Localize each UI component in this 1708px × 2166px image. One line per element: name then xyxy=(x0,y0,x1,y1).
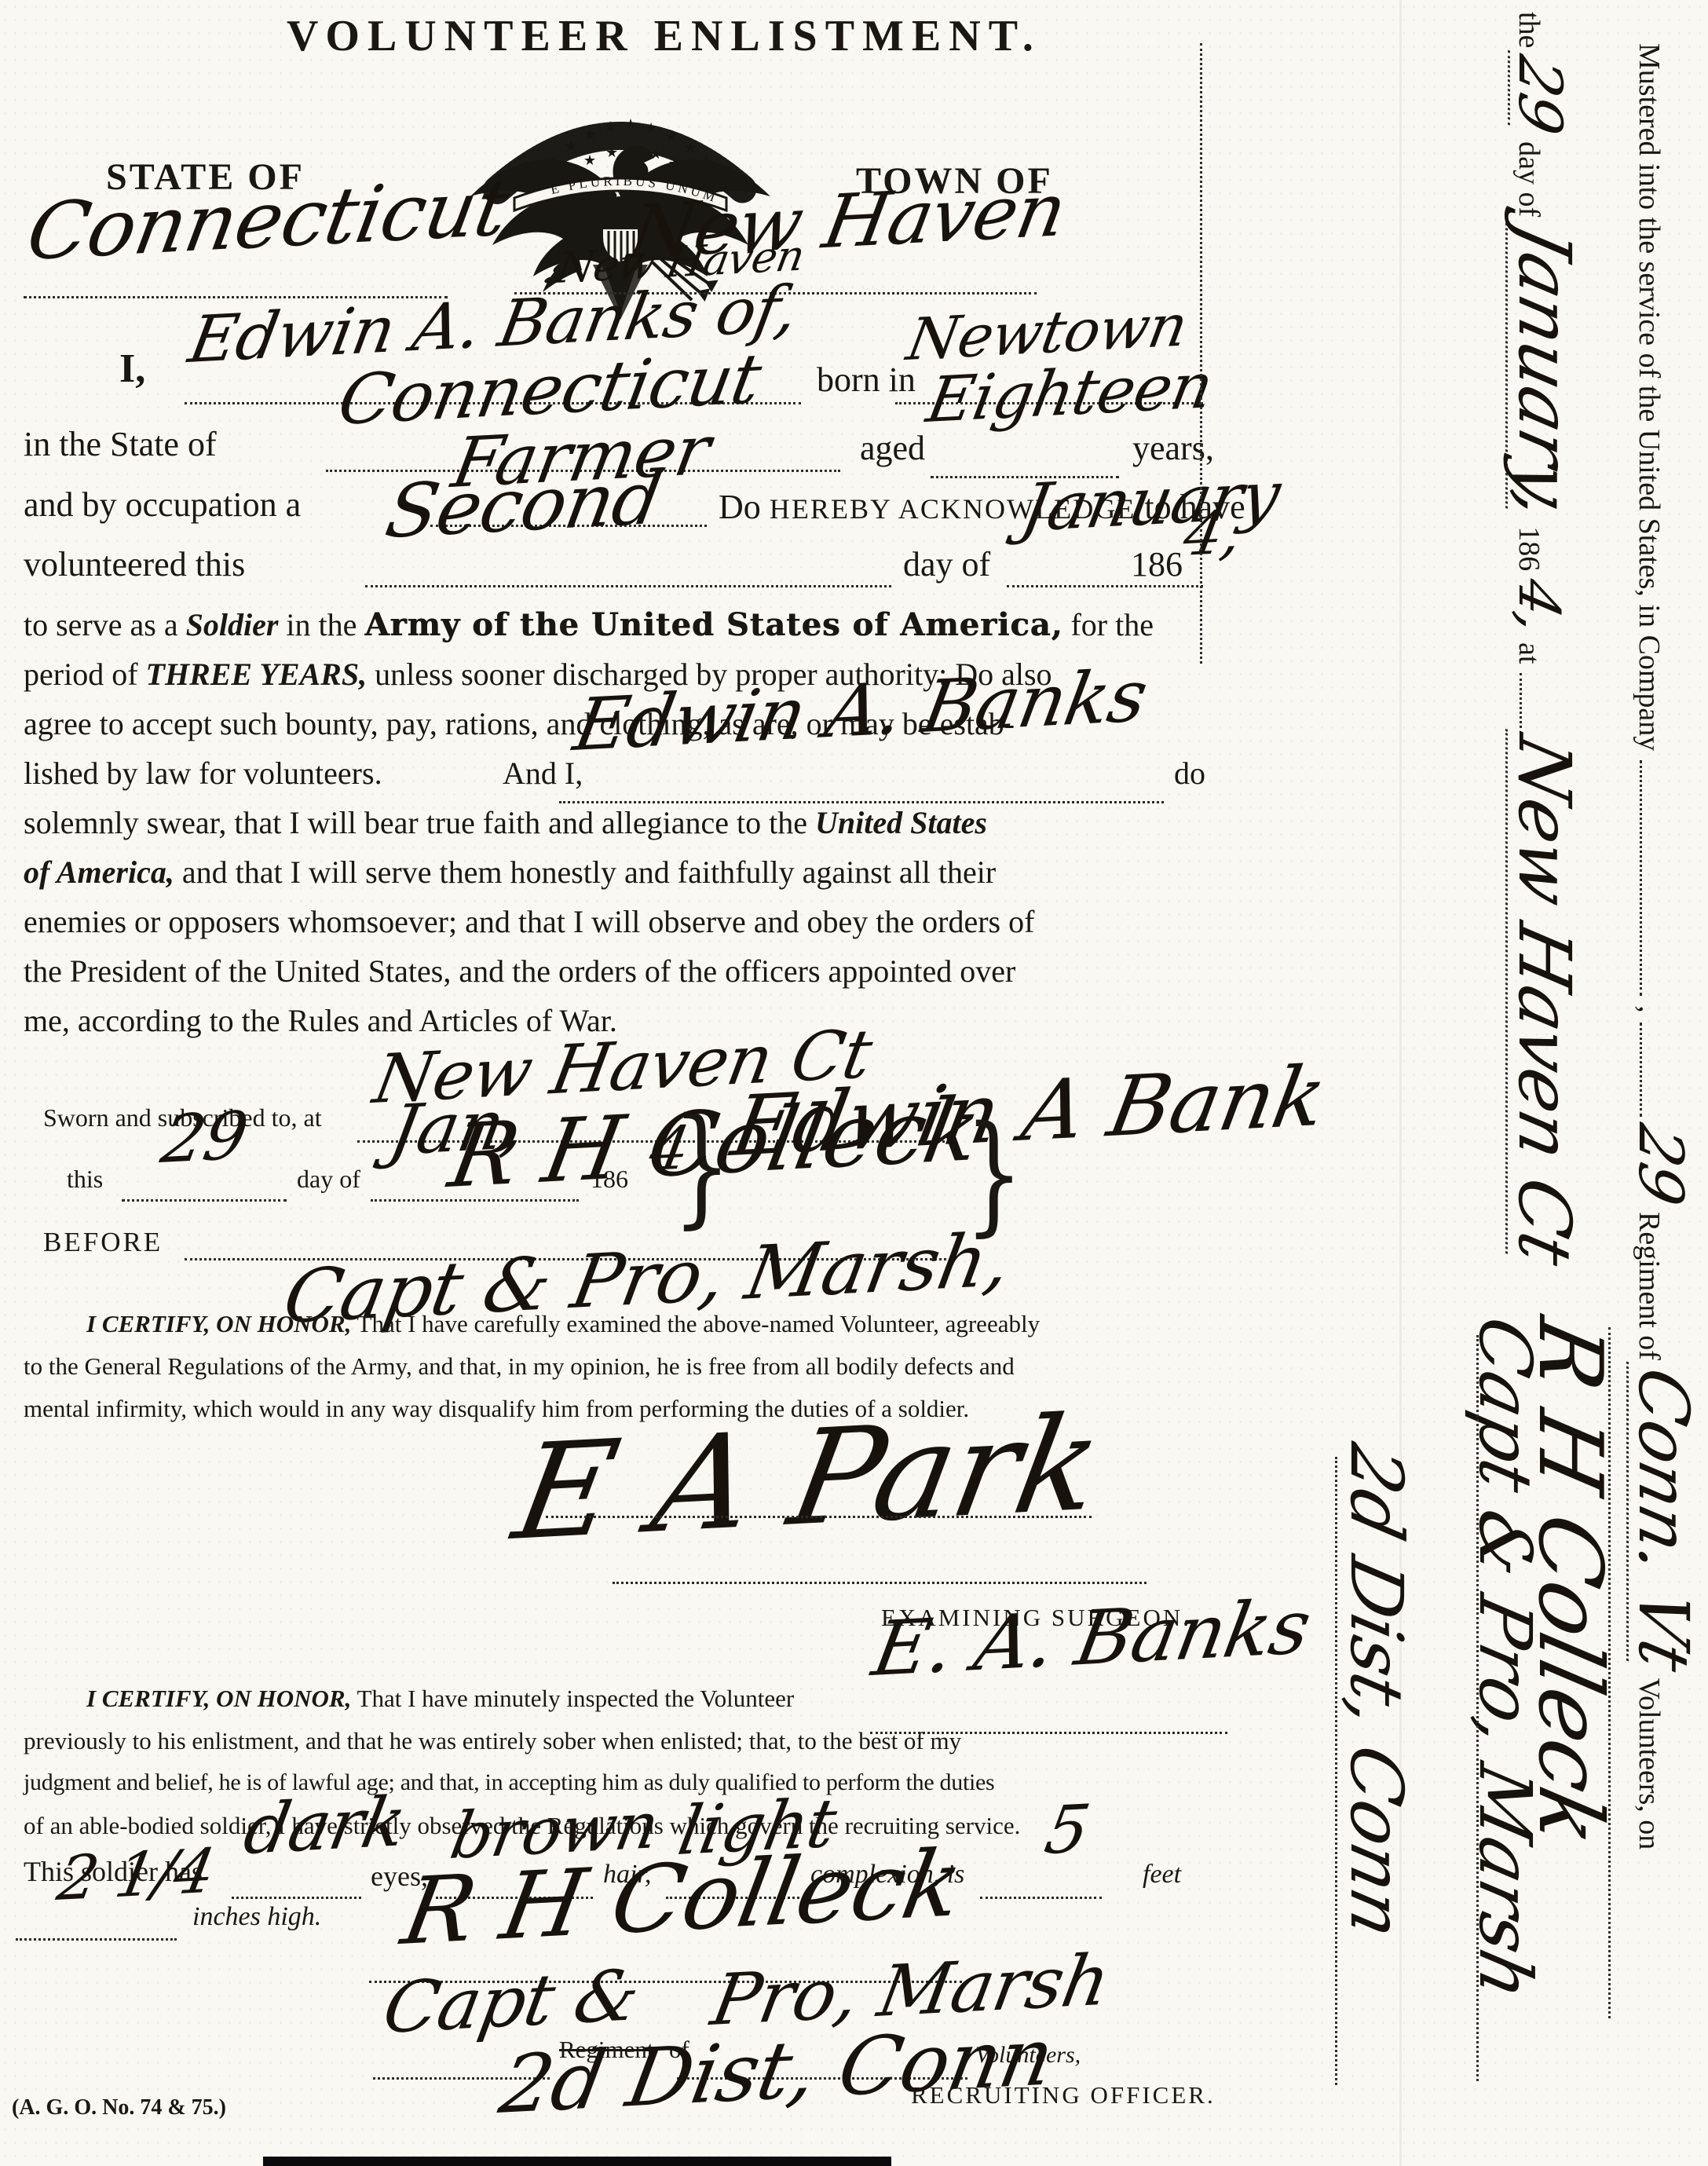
dotted-blank-company xyxy=(1640,760,1659,996)
feet-handwritten: 5 xyxy=(1041,1798,1093,1862)
recruiter-title-handwritten: Capt & xyxy=(379,1962,644,2042)
volunteered-prefix: volunteered this xyxy=(24,544,245,584)
dotted-rule-margin-3 xyxy=(1335,1457,1337,2085)
eyes-handwritten: dark xyxy=(240,1789,410,1863)
scanned-enlistment-form: VOLUNTEER ENLISTMENT. ★★★ ★★★ ★★★ ★★★ ★★ xyxy=(0,0,1708,2166)
dotted-blank-feet xyxy=(980,1897,1102,1899)
recruiter-l1: That I have minutely inspected the Volun… xyxy=(357,1685,795,1712)
dotted-rule-margin-2 xyxy=(1476,1335,1479,2081)
svg-text:★: ★ xyxy=(645,120,657,137)
svg-text:★: ★ xyxy=(624,116,637,133)
svg-text:★: ★ xyxy=(583,126,596,143)
oath-term: THREE YEARS, xyxy=(146,657,368,692)
mustered-comma: , xyxy=(1633,1005,1666,1013)
surgeon-lead: I CERTIFY, ON HONOR, xyxy=(86,1310,351,1337)
oath-l1b: in the xyxy=(278,607,364,642)
year-printed: 186 xyxy=(1131,544,1183,584)
recruiter-cert-line-2: previously to his enlistment, and that h… xyxy=(24,1727,961,1755)
before-label: BEFORE xyxy=(43,1227,163,1258)
margin-muster-line-inner: the29day ofJanuary,1864,atNew Haven Ct xyxy=(1505,12,1580,1272)
dotted-line-surgeon-1 xyxy=(546,1516,1092,1518)
oath-l2a: period of xyxy=(24,657,146,692)
margin-month: January, xyxy=(1505,218,1580,525)
scan-edge-mark xyxy=(263,2157,891,2166)
sworn-officer-signature: R H Colleck xyxy=(444,1088,986,1198)
oath-l6b: and that I will serve them honestly and … xyxy=(174,854,996,890)
day-of-label: day of xyxy=(903,544,990,584)
margin-the: the xyxy=(1512,12,1545,48)
svg-text:★: ★ xyxy=(565,138,577,155)
recruiter-lead: I CERTIFY, ON HONOR, xyxy=(86,1685,351,1712)
age-handwritten: Eighteen xyxy=(923,356,1216,430)
dotted-blank-volmonth xyxy=(1007,585,1203,587)
dotted-blank-at xyxy=(1520,673,1538,728)
oath-army: Army of the United States of America, xyxy=(364,606,1062,643)
margin-place: New Haven Ct xyxy=(1505,729,1580,1271)
recruiter-volunteer-handwritten: E. A. Banks xyxy=(868,1591,1315,1685)
oath-line-5: solemnly swear, that I will bear true fa… xyxy=(24,804,987,841)
inches-handwritten: 2 1/4 xyxy=(53,1842,218,1908)
surgeon-l1: That I have carefully examined the above… xyxy=(357,1310,1041,1337)
year-handwritten: 4, xyxy=(1180,503,1245,563)
dotted-line-surgeon-2 xyxy=(613,1582,1147,1584)
recruiter-cert-line-1: I CERTIFY, ON HONOR, That I have minutel… xyxy=(86,1685,794,1713)
dotted-blank-oathname xyxy=(559,801,1164,803)
dotted-blank-swornday xyxy=(122,1199,287,1202)
oath-us2: of America, xyxy=(24,854,174,890)
sworn-day-handwritten: 29 xyxy=(157,1105,251,1172)
page-title: VOLUNTEER ENLISTMENT. xyxy=(287,11,1041,61)
form-code: (A. G. O. No. 74 & 75.) xyxy=(12,2095,226,2120)
recruiter-cert-line-3: judgment and belief, he is of lawful age… xyxy=(24,1769,994,1796)
margin-regiment-no: 29 xyxy=(1629,1119,1691,1209)
dotted-blank-eyes xyxy=(232,1897,361,1899)
oath-l1a: to serve as a xyxy=(24,607,186,642)
state-line-prefix: in the State of xyxy=(24,424,217,464)
svg-text:★: ★ xyxy=(583,152,596,169)
i-label: I, xyxy=(119,346,145,392)
oath-l1c: for the xyxy=(1062,607,1154,642)
oath-line-8: the President of the United States, and … xyxy=(24,953,1015,990)
margin-regiment-state: Conn. Vt xyxy=(1626,1361,1698,1677)
margin-day: 29 xyxy=(1508,50,1570,139)
inches-label: inches high. xyxy=(192,1902,321,1932)
surgeon-cert-line-2: to the General Regulations of the Army, … xyxy=(24,1352,1015,1381)
svg-text:★: ★ xyxy=(684,140,697,156)
oath-line-7: enemies or opposers whomsoever; and that… xyxy=(24,903,1034,940)
dotted-blank-volday xyxy=(365,585,891,587)
oath-soldier: Soldier xyxy=(186,607,279,642)
margin-district: 2d Dist, Conn xyxy=(1340,1438,1412,1945)
surgeon-cert-line-1: I CERTIFY, ON HONOR, That I have careful… xyxy=(86,1310,1040,1338)
mustered-suffix: Volunteers, on xyxy=(1633,1678,1666,1850)
recruiter-signature: R H Colleck xyxy=(397,1839,967,1956)
dotted-rule-margin-1 xyxy=(1608,1327,1611,2018)
oath-line-4a: lished by law for volunteers. xyxy=(24,755,382,792)
margin-at: at xyxy=(1512,642,1545,664)
oath-line-4c: do xyxy=(1174,755,1205,792)
margin-officer-title: Capt & Pro, Marsh xyxy=(1468,1311,1541,2006)
state-handwritten: Connecticut xyxy=(22,170,514,269)
margin-dayof: day of xyxy=(1512,141,1545,217)
svg-text:★: ★ xyxy=(665,128,678,145)
svg-text:★: ★ xyxy=(604,119,616,135)
oath-line-6: of America, and that I will serve them h… xyxy=(24,854,996,891)
volunteer-day-handwritten: Second xyxy=(381,463,667,547)
dotted-blank-inches xyxy=(16,1938,177,1941)
ack-do: Do xyxy=(719,488,761,526)
margin-year-printed: 186 xyxy=(1512,526,1545,571)
feet-label: feet xyxy=(1143,1860,1181,1890)
occupation-prefix: and by occupation a xyxy=(24,485,301,525)
aged-label: aged xyxy=(860,428,925,468)
sworn-dayof-label: day of xyxy=(297,1165,360,1194)
mustered-prefix: Mustered into the service of the United … xyxy=(1633,43,1666,751)
margin-muster-line-outer: Mustered into the service of the United … xyxy=(1626,43,1698,1859)
dotted-blank-2 xyxy=(1640,1023,1659,1117)
margin-year-hw: 4, xyxy=(1511,574,1567,639)
oath-line-1: to serve as a Soldier in the Army of the… xyxy=(24,606,1154,643)
oath-us: United States xyxy=(815,805,987,840)
dotted-rule-vertical xyxy=(1200,43,1202,664)
surgeon-signature: E A Park xyxy=(507,1401,1109,1557)
born-in-label: born in xyxy=(817,360,916,400)
this-label: this xyxy=(67,1165,103,1194)
margin-regiment-label: Regiment of xyxy=(1633,1212,1666,1360)
oath-l5a: solemnly swear, that I will bear true fa… xyxy=(24,805,815,840)
